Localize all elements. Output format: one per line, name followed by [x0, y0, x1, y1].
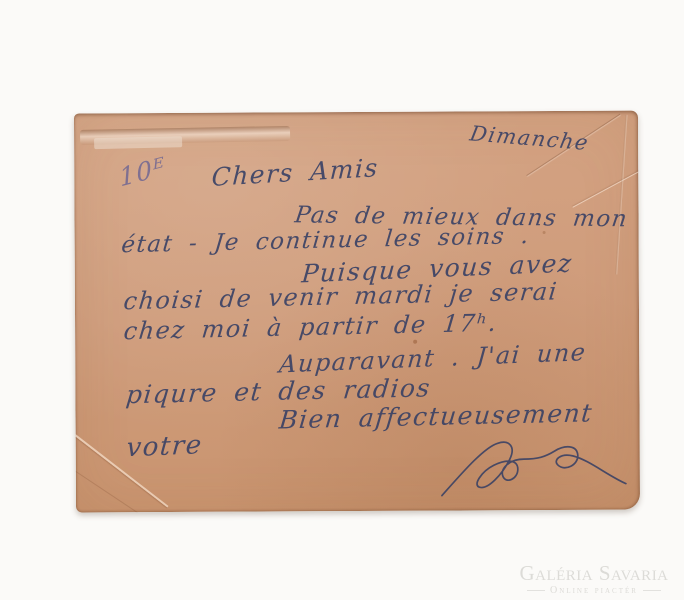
postcard: Dimanche 10ᴱ Chers Amis Pas de mieux dan… — [74, 111, 640, 513]
ink-speck — [413, 340, 417, 344]
watermark-rule-left — [527, 590, 545, 591]
crease-top-right-light — [572, 150, 640, 208]
watermark-subtitle-row: Online piactér — [506, 585, 682, 596]
handwritten-date: Dimanche — [468, 123, 591, 154]
pencil-price-note: 10ᴱ — [118, 153, 167, 190]
watermark-title: Galéria Savaria — [506, 562, 682, 584]
handwritten-closing: Bien affectueusement — [278, 400, 594, 432]
watermark: Galéria Savaria Online piactér — [506, 562, 682, 596]
signature-flourish — [426, 431, 638, 506]
handwritten-closing: votre — [125, 432, 203, 461]
tape-patch-top-left — [94, 136, 182, 149]
crease-right-vertical — [615, 115, 627, 275]
paper-speck — [543, 231, 546, 234]
tear-top-left — [80, 126, 290, 145]
watermark-rule-right — [643, 590, 661, 591]
handwritten-line: chez moi à partir de 17ʰ. — [123, 311, 499, 344]
handwritten-salutation: Chers Amis — [211, 155, 379, 190]
crease-bottom-left-line — [74, 466, 147, 513]
handwritten-line: Auparavant . J'ai une — [278, 340, 587, 376]
watermark-subtitle: Online piactér — [550, 585, 638, 596]
scanner-background: Dimanche 10ᴱ Chers Amis Pas de mieux dan… — [0, 0, 684, 600]
